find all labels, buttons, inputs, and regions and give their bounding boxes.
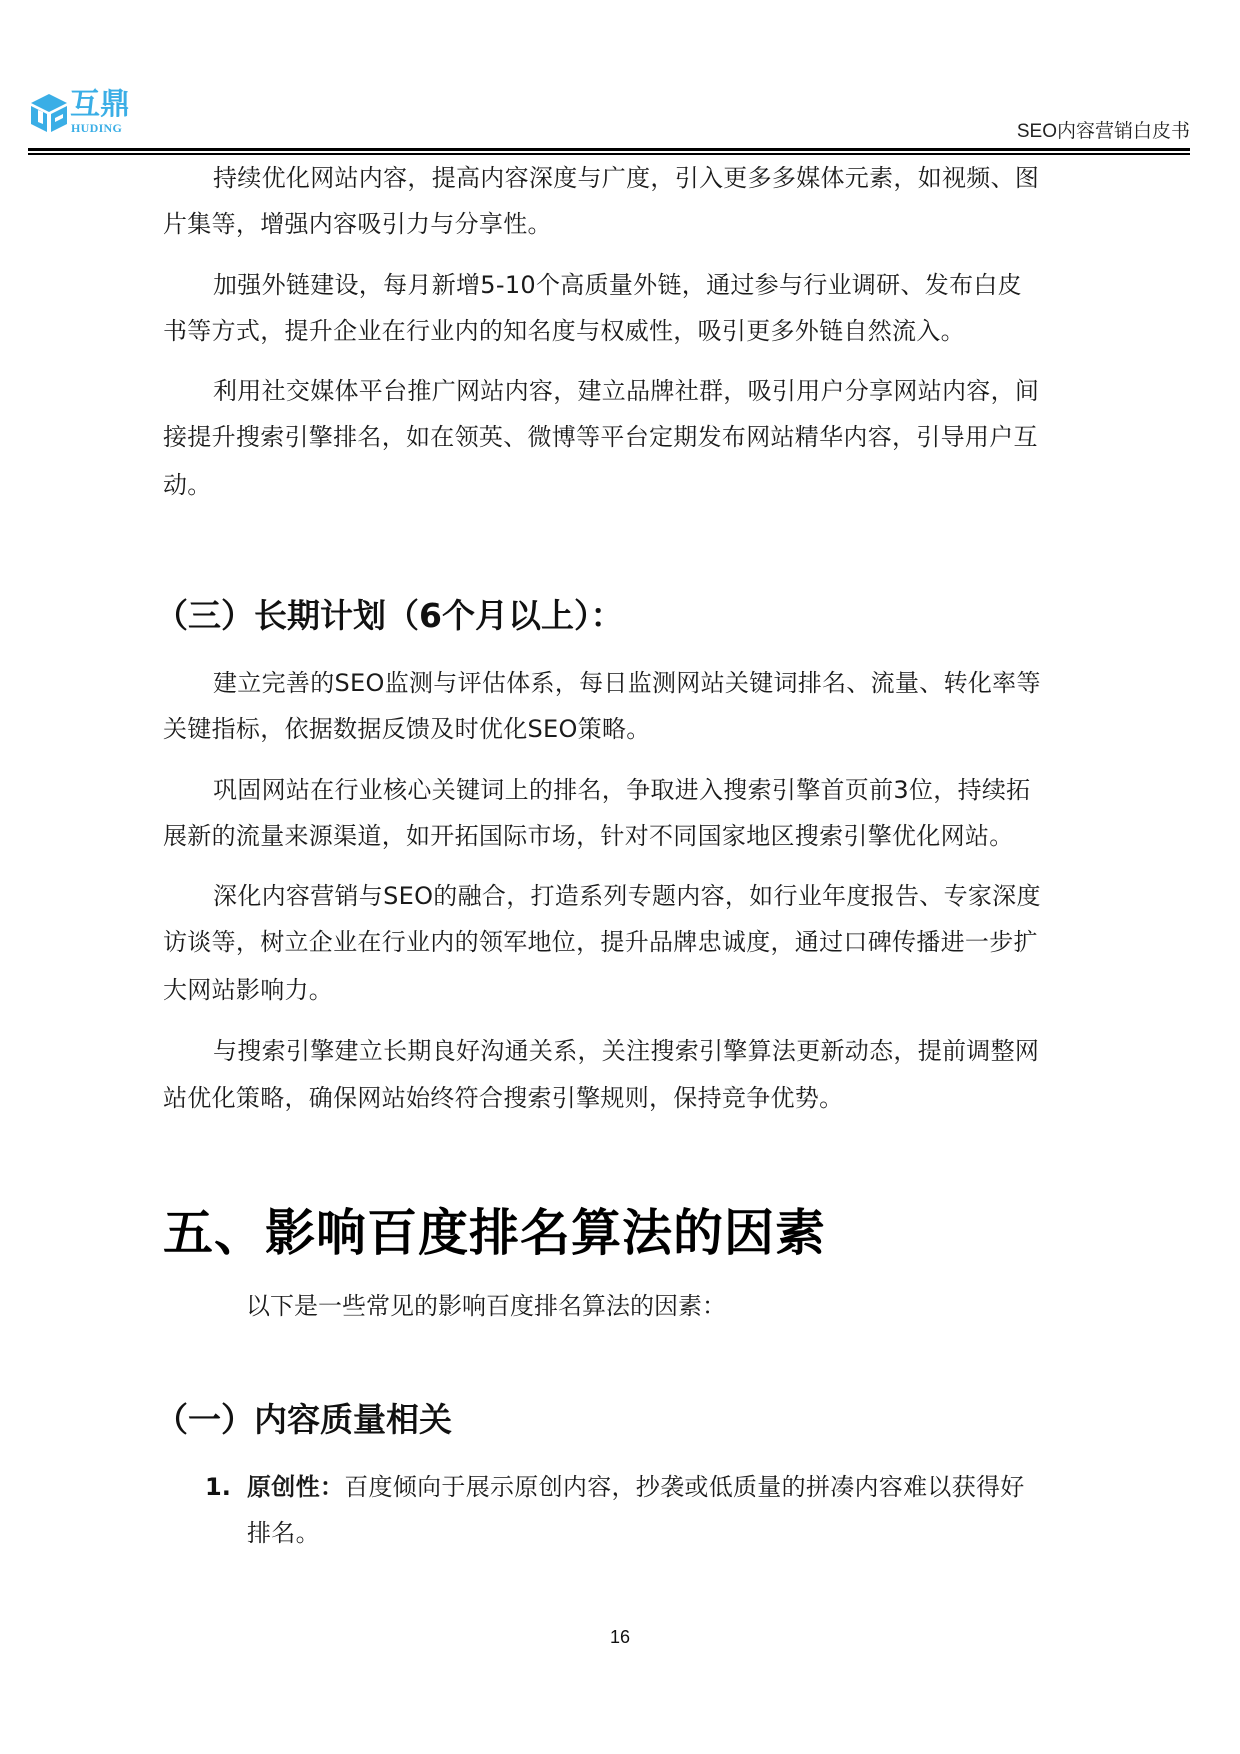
paragraph-line: 巩固网站在行业核心关键词上的排名，争取进入搜索引擎首页前3位，持续拓 — [213, 775, 1030, 805]
paragraph-line: 片集等，增强内容吸引力与分享性。 — [163, 209, 552, 239]
list-item: 原创性：百度倾向于展示原创内容，抄袭或低质量的拼凑内容难以获得好 — [247, 1472, 1025, 1502]
header-divider-thick — [28, 148, 1190, 151]
subsection-heading-content-quality: （一）内容质量相关 — [155, 1400, 452, 1440]
paragraph-line: 建立完善的SEO监测与评估体系，每日监测网站关键词排名、流量、转化率等 — [213, 668, 1041, 698]
huding-logo: 互鼎 HUDING — [28, 88, 140, 136]
paragraph-line: 站优化策略，确保网站始终符合搜索引擎规则，保持竞争优势。 — [163, 1083, 843, 1113]
list-item-term: 原创性： — [247, 1473, 344, 1501]
document-page: 互鼎 HUDING SEO内容营销白皮书 持续优化网站内容，提高内容深度与广度，… — [0, 0, 1240, 1754]
logo-english-text: HUDING — [71, 121, 122, 135]
chapter-heading-baidu-ranking-factors: 五、影响百度排名算法的因素 — [163, 1203, 826, 1263]
document-title: SEO内容营销白皮书 — [1017, 120, 1190, 144]
page-number: 16 — [0, 1627, 1240, 1648]
paragraph-line: 展新的流量来源渠道，如开拓国际市场，针对不同国家地区搜索引擎优化网站。 — [163, 821, 1014, 851]
paragraph-line: 动。 — [163, 470, 212, 500]
section-heading-long-term-plan: （三）长期计划（6个月以上）： — [155, 596, 623, 636]
paragraph-line: 书等方式，提升企业在行业内的知名度与权威性，吸引更多外链自然流入。 — [163, 316, 965, 346]
list-item-continuation: 排名。 — [247, 1518, 320, 1548]
list-item-number: 1. — [205, 1472, 231, 1502]
list-item-text: 百度倾向于展示原创内容，抄袭或低质量的拼凑内容难以获得好 — [344, 1473, 1024, 1501]
cube-logo-icon — [28, 92, 70, 134]
chapter-intro: 以下是一些常见的影响百度排名算法的因素： — [246, 1291, 726, 1321]
paragraph-line: 与搜索引擎建立长期良好沟通关系，关注搜索引擎算法更新动态，提前调整网 — [213, 1036, 1039, 1066]
logo-chinese-text: 互鼎 — [70, 88, 130, 122]
paragraph-line: 深化内容营销与SEO的融合，打造系列专题内容，如行业年度报告、专家深度 — [213, 881, 1041, 911]
paragraph-line: 利用社交媒体平台推广网站内容，建立品牌社群，吸引用户分享网站内容，间 — [213, 376, 1039, 406]
paragraph-line: 接提升搜索引擎排名，如在领英、微博等平台定期发布网站精华内容，引导用户互 — [163, 422, 1038, 452]
paragraph-line: 加强外链建设，每月新增5-10个高质量外链，通过参与行业调研、发布白皮 — [213, 270, 1022, 300]
header-divider-thin — [28, 153, 1190, 155]
paragraph-line: 持续优化网站内容，提高内容深度与广度，引入更多多媒体元素，如视频、图 — [213, 163, 1039, 193]
paragraph-line: 访谈等，树立企业在行业内的领军地位，提升品牌忠诚度，通过口碑传播进一步扩 — [163, 927, 1038, 957]
paragraph-line: 关键指标，依据数据反馈及时优化SEO策略。 — [163, 714, 651, 744]
paragraph-line: 大网站影响力。 — [163, 975, 333, 1005]
